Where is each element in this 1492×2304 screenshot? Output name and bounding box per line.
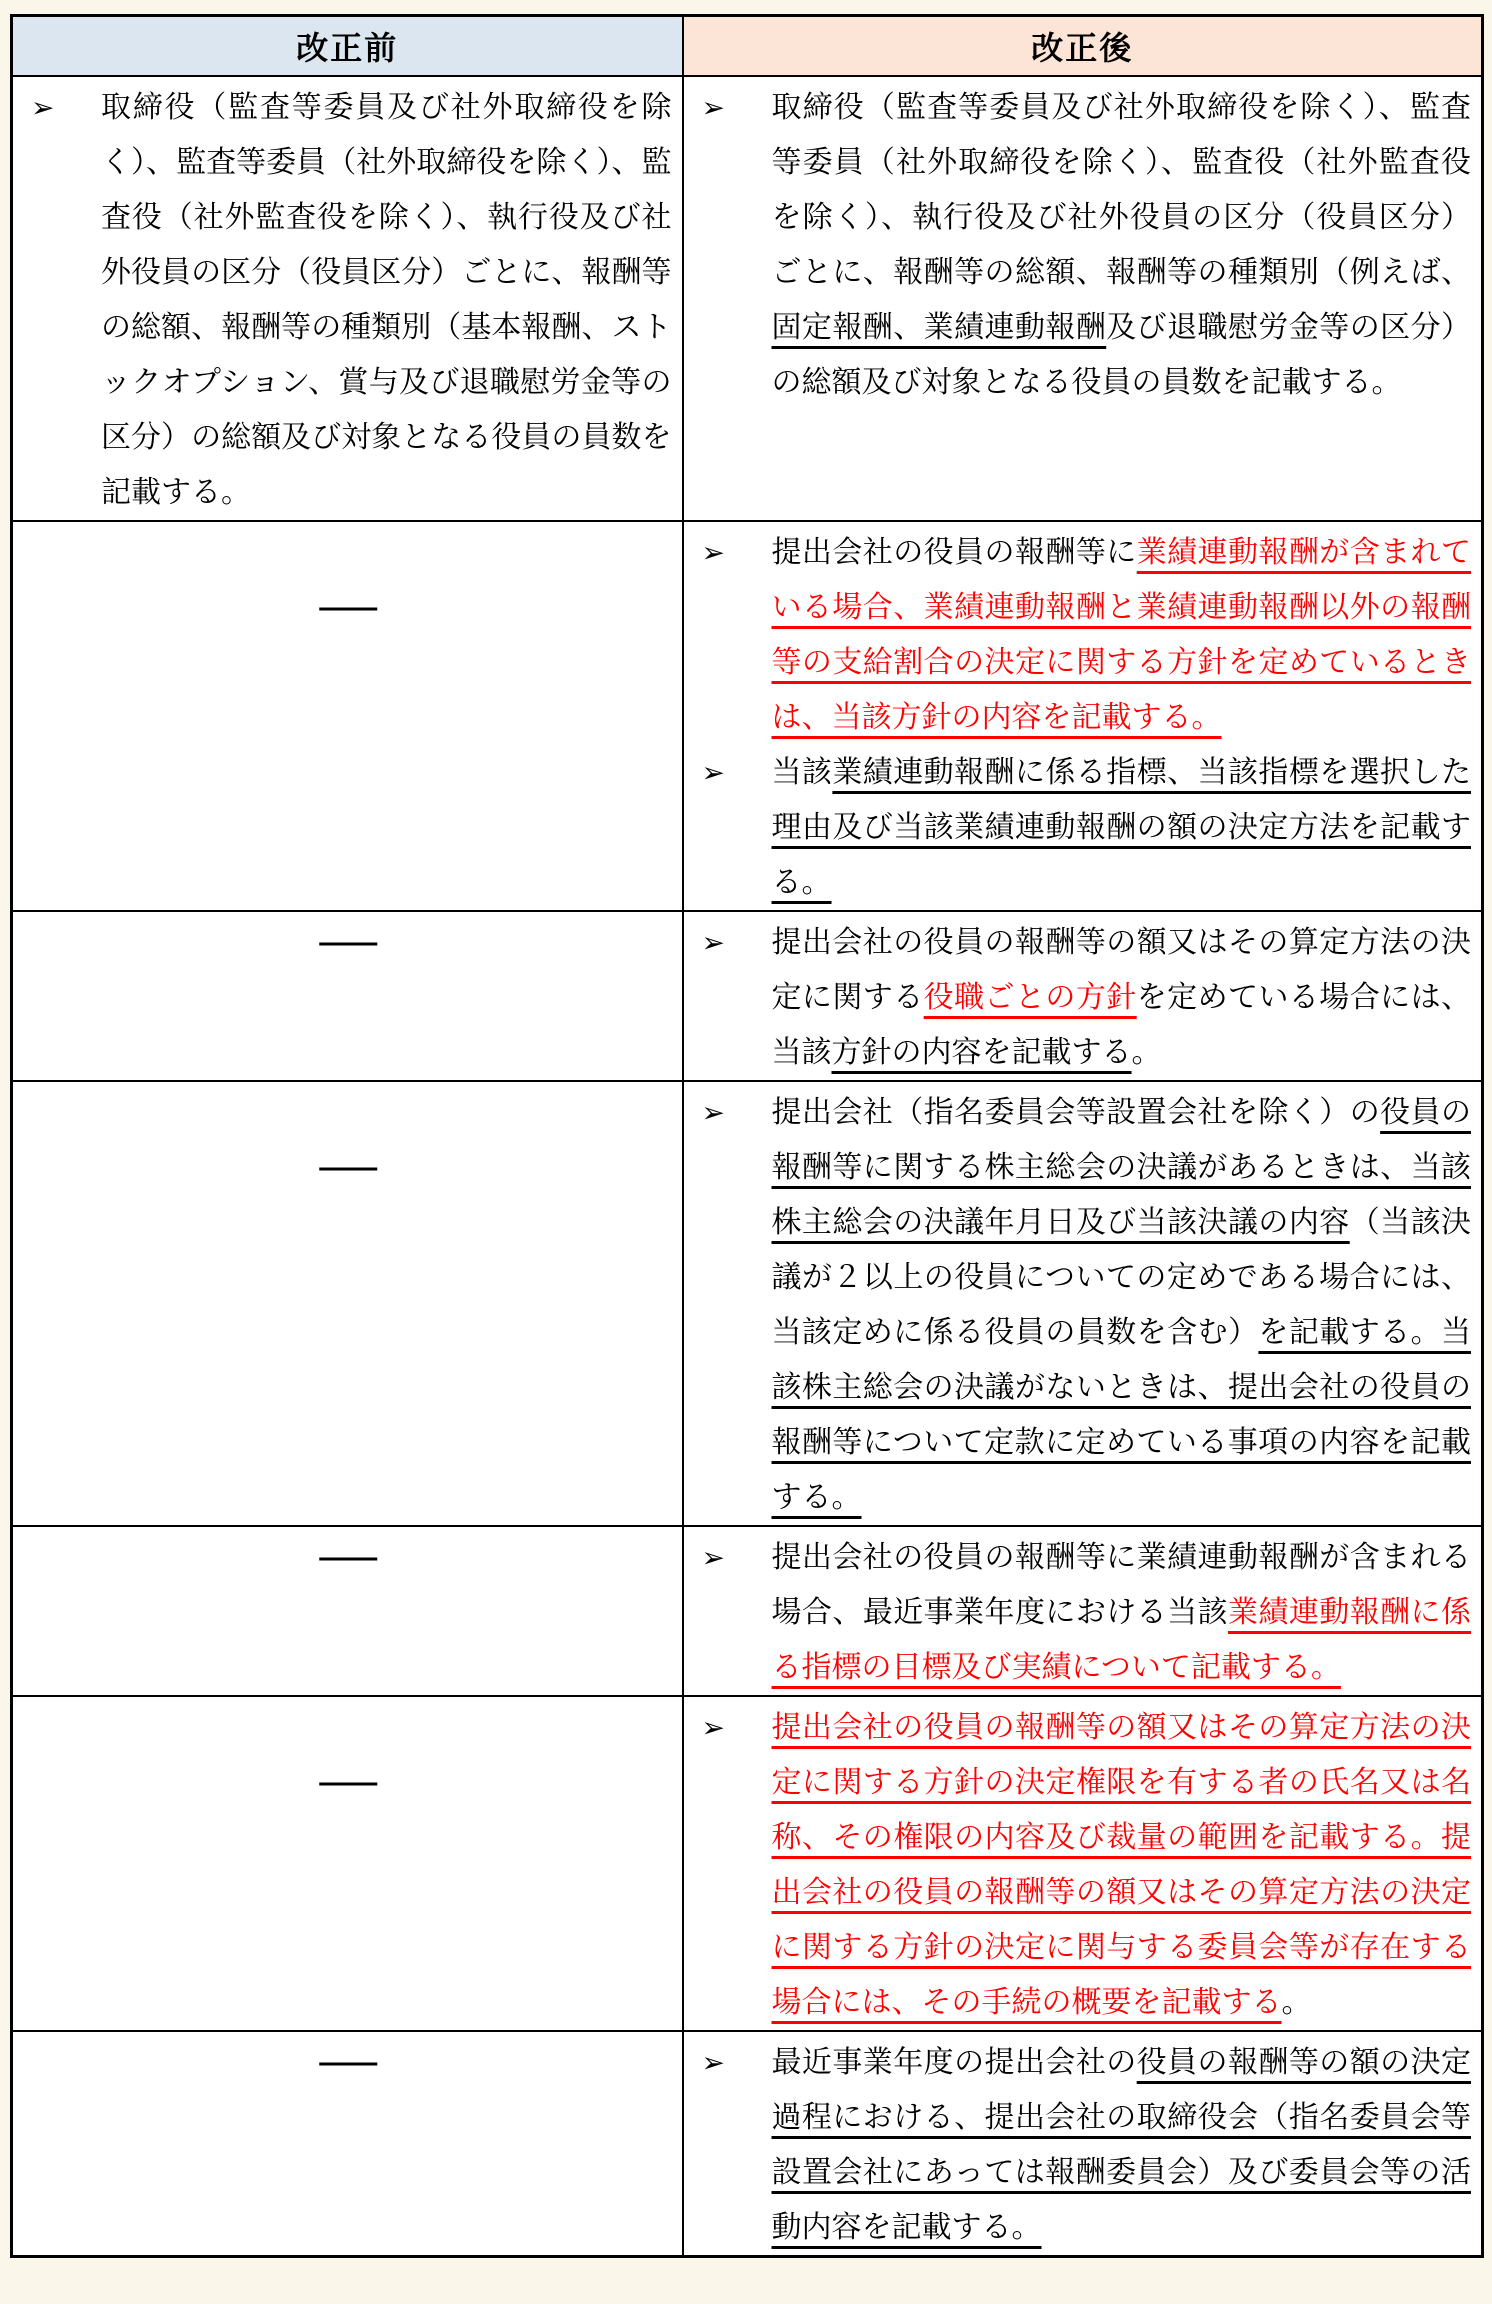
cell-after-row3: ➢提出会社の役員の報酬等の額又はその算定方法の決定に関する役職ごとの方針を定めて… — [683, 911, 1483, 1081]
bullet-arrow-icon: ➢ — [702, 1085, 725, 1140]
bullet-arrow-icon: ➢ — [31, 80, 54, 135]
no-provision-dash: ―― — [23, 580, 672, 635]
cell-before-row5: ―― — [12, 1526, 683, 1696]
cell-after-row2: ➢提出会社の役員の報酬等に業績連動報酬が含まれている場合、業績連動報酬と業績連動… — [683, 521, 1483, 911]
table-row: ――➢提出会社の役員の報酬等に業績連動報酬が含まれる場合、最近事業年度における当… — [12, 1526, 1483, 1696]
cell-before-row4: ―― — [12, 1081, 683, 1526]
no-provision-dash: ―― — [23, 2035, 672, 2090]
text-segment: 業績連動報酬に係る指標、当該指標を選択した理由及び当該業績連動報酬の額の決定方法… — [772, 756, 1472, 899]
bullet-item: ➢提出会社の役員の報酬等に業績連動報酬が含まれる場合、最近事業年度における当該業… — [694, 1530, 1472, 1695]
bullet-arrow-icon: ➢ — [702, 745, 725, 800]
text-segment: 。 — [1132, 1036, 1162, 1069]
header-before: 改正前 — [12, 16, 683, 77]
table-row: ➢取締役（監査等委員及び社外取締役を除く）、監査等委員（社外取締役を除く）、監査… — [12, 76, 1483, 521]
header-before-label: 改正前 — [296, 30, 398, 66]
cell-before-row2: ―― — [12, 521, 683, 911]
bullet-list: ➢提出会社の役員の報酬等の額又はその算定方法の決定に関する役職ごとの方針を定めて… — [694, 915, 1472, 1080]
cell-before-row1: ➢取締役（監査等委員及び社外取締役を除く）、監査等委員（社外取締役を除く）、監査… — [12, 76, 683, 521]
header-after: 改正後 — [683, 16, 1483, 77]
bullet-list: ➢提出会社の役員の報酬等に業績連動報酬が含まれる場合、最近事業年度における当該業… — [694, 1530, 1472, 1695]
bullet-item: ➢取締役（監査等委員及び社外取締役を除く）、監査等委員（社外取締役を除く）、監査… — [23, 80, 672, 520]
cell-before-row6: ―― — [12, 1696, 683, 2031]
bullet-arrow-icon: ➢ — [702, 525, 725, 580]
cell-before-row3: ―― — [12, 911, 683, 1081]
cell-after-row6: ➢提出会社の役員の報酬等の額又はその算定方法の決定に関する方針の決定権限を有する… — [683, 1696, 1483, 2031]
text-segment: 。 — [1282, 1986, 1312, 2019]
cell-after-row4: ➢提出会社（指名委員会等設置会社を除く）の役員の報酬等に関する株主総会の決議があ… — [683, 1081, 1483, 1526]
bullet-item: ➢提出会社の役員の報酬等の額又はその算定方法の決定に関する役職ごとの方針を定めて… — [694, 915, 1472, 1080]
no-provision-dash: ―― — [23, 1530, 672, 1585]
bullet-list: ➢提出会社の役員の報酬等に業績連動報酬が含まれている場合、業績連動報酬と業績連動… — [694, 525, 1472, 910]
text-segment: 提出会社（指名委員会等設置会社を除く）の — [772, 1096, 1381, 1129]
text-segment: 提出会社の役員の報酬等の額又はその算定方法の決定に関する方針の決定権限を有する者… — [772, 1711, 1472, 2019]
bullet-item: ➢提出会社（指名委員会等設置会社を除く）の役員の報酬等に関する株主総会の決議があ… — [694, 1085, 1472, 1525]
bullet-list: ➢提出会社の役員の報酬等の額又はその算定方法の決定に関する方針の決定権限を有する… — [694, 1700, 1472, 2030]
bullet-list: ➢最近事業年度の提出会社の役員の報酬等の額の決定過程における、提出会社の取締役会… — [694, 2035, 1472, 2255]
bullet-list: ➢取締役（監査等委員及び社外取締役を除く）、監査等委員（社外取締役を除く）、監査… — [694, 80, 1472, 410]
table-row: ――➢提出会社（指名委員会等設置会社を除く）の役員の報酬等に関する株主総会の決議… — [12, 1081, 1483, 1526]
text-segment: 方針の内容を記載する — [832, 1036, 1132, 1069]
bullet-list: ➢提出会社（指名委員会等設置会社を除く）の役員の報酬等に関する株主総会の決議があ… — [694, 1085, 1472, 1525]
bullet-arrow-icon: ➢ — [702, 2035, 725, 2090]
no-provision-dash: ―― — [23, 915, 672, 970]
cell-before-row7: ―― — [12, 2031, 683, 2257]
bullet-item: ➢取締役（監査等委員及び社外取締役を除く）、監査等委員（社外取締役を除く）、監査… — [694, 80, 1472, 410]
table-row: ――➢提出会社の役員の報酬等に業績連動報酬が含まれている場合、業績連動報酬と業績… — [12, 521, 1483, 911]
revision-comparison-table: 改正前 改正後 ➢取締役（監査等委員及び社外取締役を除く）、監査等委員（社外取締… — [10, 14, 1484, 2258]
bullet-arrow-icon: ➢ — [702, 915, 725, 970]
bullet-item: ➢提出会社の役員の報酬等の額又はその算定方法の決定に関する方針の決定権限を有する… — [694, 1700, 1472, 2030]
text-segment: 取締役（監査等委員及び社外取締役を除く）、監査等委員（社外取締役を除く）、監査役… — [101, 91, 672, 509]
table-row: ――➢提出会社の役員の報酬等の額又はその算定方法の決定に関する役職ごとの方針を定… — [12, 911, 1483, 1081]
bullet-item: ➢最近事業年度の提出会社の役員の報酬等の額の決定過程における、提出会社の取締役会… — [694, 2035, 1472, 2255]
text-segment: 最近事業年度の提出会社の — [772, 2046, 1137, 2079]
bullet-arrow-icon: ➢ — [702, 1530, 725, 1585]
no-provision-dash: ―― — [23, 1140, 672, 1195]
bullet-arrow-icon: ➢ — [702, 80, 725, 135]
bullet-list: ➢取締役（監査等委員及び社外取締役を除く）、監査等委員（社外取締役を除く）、監査… — [23, 80, 672, 520]
text-segment: 提出会社の役員の報酬等に — [772, 536, 1137, 569]
cell-after-row1: ➢取締役（監査等委員及び社外取締役を除く）、監査等委員（社外取締役を除く）、監査… — [683, 76, 1483, 521]
table-row: ――➢最近事業年度の提出会社の役員の報酬等の額の決定過程における、提出会社の取締… — [12, 2031, 1483, 2257]
bullet-item: ➢当該業績連動報酬に係る指標、当該指標を選択した理由及び当該業績連動報酬の額の決… — [694, 745, 1472, 910]
header-after-label: 改正後 — [1031, 30, 1133, 66]
table-row: ――➢提出会社の役員の報酬等の額又はその算定方法の決定に関する方針の決定権限を有… — [12, 1696, 1483, 2031]
text-segment: 当該 — [772, 756, 833, 789]
bullet-item: ➢提出会社の役員の報酬等に業績連動報酬が含まれている場合、業績連動報酬と業績連動… — [694, 525, 1472, 745]
document-page: 改正前 改正後 ➢取締役（監査等委員及び社外取締役を除く）、監査等委員（社外取締… — [10, 14, 1484, 2258]
text-segment: 取締役（監査等委員及び社外取締役を除く）、監査等委員（社外取締役を除く）、監査役… — [772, 91, 1472, 289]
no-provision-dash: ―― — [23, 1755, 672, 1810]
text-segment: 固定報酬、業績連動報酬 — [772, 311, 1107, 344]
header-row: 改正前 改正後 — [12, 16, 1483, 77]
cell-after-row5: ➢提出会社の役員の報酬等に業績連動報酬が含まれる場合、最近事業年度における当該業… — [683, 1526, 1483, 1696]
text-segment: 役職ごとの方針 — [924, 981, 1137, 1014]
cell-after-row7: ➢最近事業年度の提出会社の役員の報酬等の額の決定過程における、提出会社の取締役会… — [683, 2031, 1483, 2257]
bullet-arrow-icon: ➢ — [702, 1700, 725, 1755]
